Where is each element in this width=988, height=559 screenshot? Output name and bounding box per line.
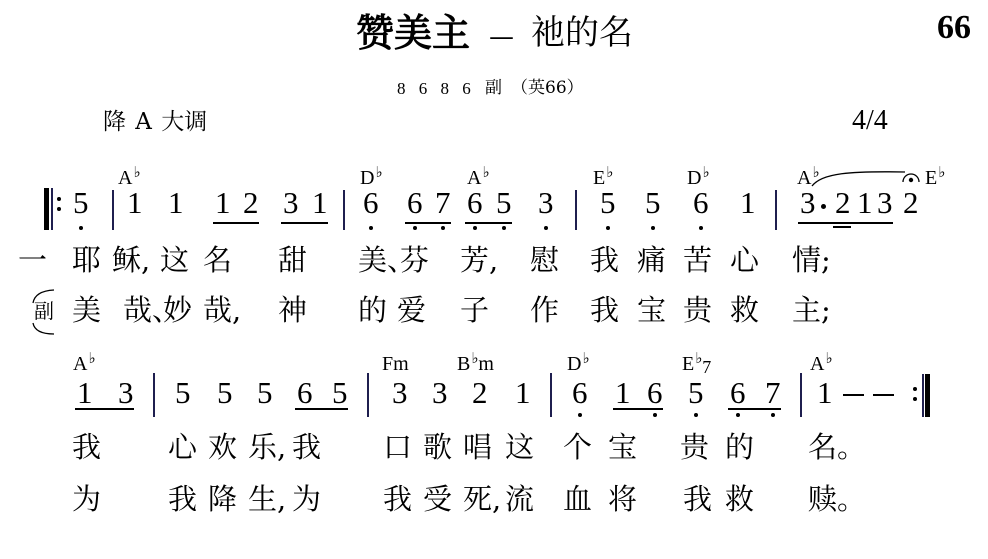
note: 5: [645, 187, 661, 218]
note: 2: [472, 377, 488, 408]
note: 3: [538, 187, 554, 218]
lyric-syllable: 稣,: [112, 246, 150, 275]
hymn-title: 赞美主: [356, 14, 470, 52]
refrain-label: 副: [34, 301, 54, 321]
note: 1: [77, 377, 93, 408]
augmentation-dot-icon: [821, 204, 826, 209]
eighth-underline: [213, 222, 259, 224]
note: 3: [118, 377, 134, 408]
sixteenth-underline: [833, 226, 851, 228]
time-signature: 4/4: [852, 107, 888, 135]
note: 1: [127, 187, 143, 218]
lyric-syllable: 欢: [208, 433, 237, 462]
lower-octave-dot-icon: [653, 413, 657, 417]
flat-icon: ♭: [702, 163, 709, 181]
barline: [775, 190, 777, 230]
note: 2: [243, 187, 259, 218]
lyric-syllable: 痛: [637, 246, 666, 275]
note: 1: [817, 377, 833, 408]
lyric-syllable: 歌: [423, 433, 452, 462]
chord-quality: m: [393, 353, 409, 375]
barline: [343, 190, 345, 230]
lyric-syllable: 耶: [72, 246, 101, 275]
repeat-start-thick-bar: [44, 188, 49, 230]
lyric-syllable: 苦: [683, 246, 712, 275]
lyric-syllable: 哉,: [203, 296, 241, 325]
lower-octave-dot-icon: [369, 226, 373, 230]
lyric-syllable: 作: [530, 296, 559, 325]
lyric-syllable: 甜: [278, 246, 307, 275]
lyric-syllable: 死,: [463, 485, 501, 514]
eighth-underline: [728, 408, 781, 410]
flat-icon: ♭: [812, 163, 819, 181]
lower-octave-dot-icon: [771, 413, 775, 417]
note: 2: [835, 187, 851, 218]
hymn-sheet: 赞美主 — 祂的名 66 8 6 8 6 副 （英66） 降 A 大调 4/4 …: [0, 0, 988, 559]
note: 1: [615, 377, 631, 408]
lyric-syllable: 我: [590, 246, 619, 275]
lyric-syllable: 妙: [163, 296, 192, 325]
note: 5: [257, 377, 273, 408]
lyric-syllable: 神: [278, 296, 307, 325]
flat-icon: ♭: [938, 163, 945, 181]
barline: [575, 190, 577, 230]
lyric-syllable: 我: [590, 296, 619, 325]
lyric-syllable: 情;: [792, 246, 831, 275]
chord-quality: m: [478, 353, 494, 375]
note: 6: [647, 377, 663, 408]
lyric-syllable: 流: [505, 485, 534, 514]
lyric-syllable: 我: [383, 485, 412, 514]
flat-icon: ♭: [482, 163, 489, 181]
note: 1: [857, 187, 873, 218]
lyric-syllable: 救: [730, 296, 759, 325]
note: 3: [283, 187, 299, 218]
chord-root: E: [925, 167, 937, 189]
lyric-syllable: 名。: [808, 433, 866, 462]
repeat-dot-icon: [913, 387, 917, 391]
lyric-syllable: 爱: [397, 296, 426, 325]
flat-icon: ♭: [825, 349, 832, 367]
note: 1: [215, 187, 231, 218]
note: 6: [467, 187, 483, 218]
lyric-syllable: 为: [292, 485, 321, 514]
repeat-start-thin-bar: [51, 188, 53, 230]
lower-octave-dot-icon: [651, 226, 655, 230]
chord-quality: 7: [702, 357, 711, 377]
lyric-syllable: 赎。: [808, 485, 866, 514]
lyric-syllable: 为: [72, 485, 101, 514]
lyric-syllable: 慰: [530, 246, 559, 275]
lower-octave-dot-icon: [578, 413, 582, 417]
note: 5: [496, 187, 512, 218]
flat-icon: ♭: [88, 349, 95, 367]
note: 3: [432, 377, 448, 408]
lower-octave-dot-icon: [473, 226, 477, 230]
lower-octave-dot-icon: [502, 226, 506, 230]
lyric-syllable: 贵: [683, 296, 712, 325]
chord-symbol: E♭: [925, 168, 945, 188]
note: 7: [765, 377, 781, 408]
barline: [550, 373, 552, 417]
lyric-syllable: 血: [563, 485, 592, 514]
chord-symbol: Fm: [382, 354, 409, 374]
flat-icon: ♭: [133, 163, 140, 181]
note: 6: [572, 377, 588, 408]
meter-refrain-mark: 副: [485, 80, 502, 97]
lyric-syllable: 宝: [608, 433, 637, 462]
lyric-syllable: 我: [168, 485, 197, 514]
lyric-syllable: 主;: [792, 296, 831, 325]
chord-symbol: D♭: [567, 354, 590, 374]
lyric-syllable: 名: [203, 246, 232, 275]
eighth-underline: [405, 222, 451, 224]
lower-octave-dot-icon: [606, 226, 610, 230]
lyric-syllable: 口: [383, 433, 412, 462]
flat-icon: ♭: [375, 163, 382, 181]
sustain-dash: [873, 394, 894, 396]
chord-symbol: A♭: [810, 354, 833, 374]
lower-octave-dot-icon: [441, 226, 445, 230]
note: 6: [363, 187, 379, 218]
repeat-end-thin-bar: [922, 374, 924, 417]
note: 5: [688, 377, 704, 408]
note: 3: [392, 377, 408, 408]
note: 3: [800, 187, 816, 218]
lyric-syllable: 这: [505, 433, 534, 462]
lyric-syllable: 唱: [463, 433, 492, 462]
lyric-syllable: 心: [168, 433, 197, 462]
lyric-syllable: 个: [563, 433, 592, 462]
eighth-underline: [75, 408, 134, 410]
hymn-subtitle: 祂的名: [531, 16, 633, 50]
lyric-syllable: 受: [423, 485, 452, 514]
note: 6: [693, 187, 709, 218]
verse-number: 一: [18, 246, 47, 275]
chord-symbol: A♭: [73, 354, 96, 374]
chord-root: A: [810, 353, 824, 375]
lower-octave-dot-icon: [413, 226, 417, 230]
note: 1: [515, 377, 531, 408]
lyric-syllable: 降: [208, 485, 237, 514]
chord-symbol: E♭7: [682, 354, 711, 374]
lyric-syllable: 我: [683, 485, 712, 514]
hymn-number: 66: [937, 11, 971, 45]
note: 6: [730, 377, 746, 408]
lower-octave-dot-icon: [699, 226, 703, 230]
note: 5: [600, 187, 616, 218]
eighth-underline: [613, 408, 663, 410]
note: 5: [217, 377, 233, 408]
lower-octave-dot-icon: [544, 226, 548, 230]
note: 5: [73, 187, 89, 218]
note: 2: [903, 187, 919, 218]
lyric-syllable: 这: [160, 246, 189, 275]
note: 5: [175, 377, 191, 408]
fermata-icon: [903, 174, 919, 182]
barline: [112, 190, 114, 230]
sustain-dash: [843, 394, 864, 396]
lower-octave-dot-icon: [79, 226, 83, 230]
chord-symbol: B♭m: [457, 354, 494, 374]
chord-root: A: [73, 353, 87, 375]
repeat-dot-icon: [913, 397, 917, 401]
repeat-dot-icon: [57, 197, 61, 201]
note: 1: [168, 187, 184, 218]
title-separator-dash: —: [489, 24, 514, 49]
chord-root: D: [567, 353, 581, 375]
meter-syllable-counts: 8 6 8 6: [397, 80, 471, 97]
repeat-end-thick-bar: [925, 374, 930, 417]
note: 1: [312, 187, 328, 218]
lyric-syllable: 我: [292, 433, 321, 462]
note: 1: [740, 187, 756, 218]
lyric-syllable: 宝: [637, 296, 666, 325]
refrain-bracket-bottom-icon: [33, 323, 54, 334]
repeat-dot-icon: [57, 207, 61, 211]
barline: [367, 373, 369, 417]
english-hymn-reference: （英66）: [511, 80, 584, 97]
key-signature: 降 A 大调: [103, 111, 207, 134]
lyric-syllable: 子: [460, 296, 489, 325]
lyric-syllable: 救: [725, 485, 754, 514]
barline: [800, 373, 802, 417]
lyric-syllable: 乐,: [248, 433, 286, 462]
lower-octave-dot-icon: [694, 413, 698, 417]
chord-root: B: [457, 353, 470, 375]
note: 6: [297, 377, 313, 408]
eighth-underline: [465, 222, 512, 224]
lower-octave-dot-icon: [736, 413, 740, 417]
fermata-dot-icon: [909, 178, 913, 182]
lyric-syllable: 贵: [680, 433, 709, 462]
lyric-syllable: 的: [725, 433, 754, 462]
eighth-underline: [295, 408, 348, 410]
eighth-underline: [798, 222, 893, 224]
slur: [812, 172, 905, 186]
chord-root: E: [682, 353, 694, 375]
note: 7: [435, 187, 451, 218]
flat-icon: ♭: [606, 163, 613, 181]
eighth-underline: [281, 222, 328, 224]
chord-root: F: [382, 353, 393, 375]
lyric-syllable: 将: [608, 485, 637, 514]
lyric-syllable: 美: [72, 296, 101, 325]
lyric-syllable: 生,: [248, 485, 286, 514]
barline: [153, 373, 155, 417]
flat-icon: ♭: [582, 349, 589, 367]
lyric-syllable: 我: [72, 433, 101, 462]
lyric-syllable: 芳,: [460, 246, 498, 275]
flat-icon: ♭: [471, 349, 478, 367]
note: 6: [407, 187, 423, 218]
lyric-syllable: 的: [358, 296, 387, 325]
lyric-syllable: 心: [730, 246, 759, 275]
note: 3: [877, 187, 893, 218]
note: 5: [332, 377, 348, 408]
lyric-syllable: 芬: [400, 246, 429, 275]
